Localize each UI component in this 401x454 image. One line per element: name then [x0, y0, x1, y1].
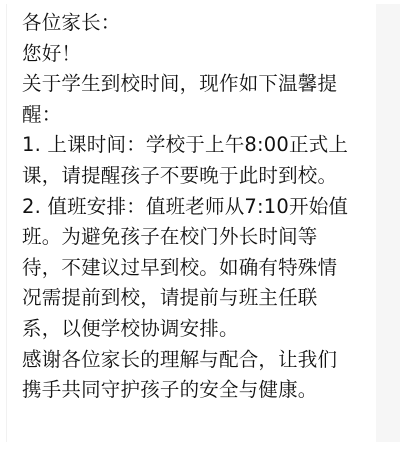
item-duty-line: 2. 值班安排：值班老师从7:10开始值: [22, 192, 374, 223]
item-duty-line: 班。为避免孩子在校门外长时间等: [22, 222, 374, 253]
item-duty-line: 系，以便学校协调安排。: [22, 314, 374, 345]
closing-line: 携手共同守护孩子的安全与健康。: [22, 375, 374, 406]
item-duty-line: 况需提前到校，请提前与班主任联: [22, 283, 374, 314]
side-panel: [376, 4, 400, 442]
item-duty-line: 待，不建议过早到校。如确有特殊情: [22, 253, 374, 284]
intro-line: 关于学生到校时间，现作如下温馨提: [22, 69, 374, 100]
greeting: 各位家长：: [22, 8, 374, 39]
intro-line: 醒：: [22, 100, 374, 131]
salutation: 您好！: [22, 39, 374, 70]
item-class-time-line: 1. 上课时间：学校于上午8:00正式上: [22, 130, 374, 161]
closing-line: 感谢各位家长的理解与配合，让我们: [22, 345, 374, 376]
item-class-time-line: 课，请提醒孩子不要晚于此时到校。: [22, 161, 374, 192]
notice-message: 各位家长： 您好！ 关于学生到校时间，现作如下温馨提 醒： 1. 上课时间：学校…: [22, 8, 374, 406]
